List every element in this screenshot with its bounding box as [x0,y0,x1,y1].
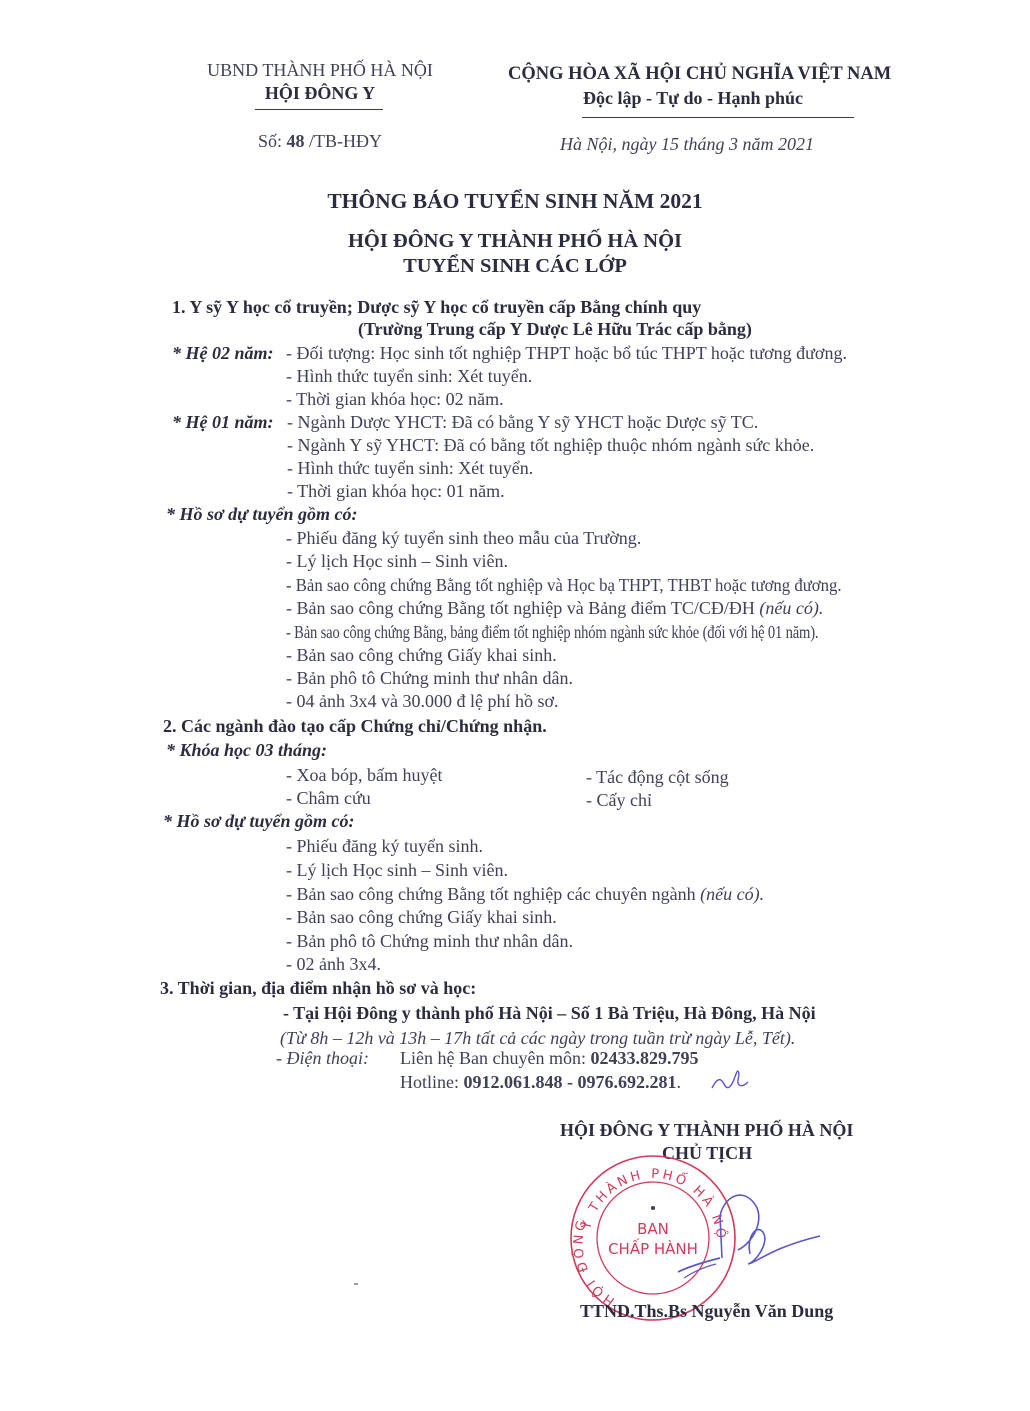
document-item: - Bản sao công chứng Bằng, bảng điểm tốt… [286,622,943,643]
document-item: - Bản sao công chứng Giấy khai sinh. [286,645,557,666]
document-item: - 04 ảnh 3x4 và 30.000 đ lệ phí hồ sơ. [286,691,559,712]
document-item: - Lý lịch Học sinh – Sinh viên. [286,551,508,572]
document-title: THÔNG BÁO TUYỂN SINH NĂM 2021 [0,189,1030,214]
document-item: - Bản sao công chứng Bằng tốt nghiệp và … [286,598,823,619]
date-place: Hà Nội, ngày [560,134,661,154]
document-item: - Phiếu đăng ký tuyển sinh theo mẫu của … [286,528,641,549]
date-year-label: năm [738,134,778,154]
document-item: - Lý lịch Học sinh – Sinh viên. [286,860,508,881]
country-name: CỘNG HÒA XÃ HỘI CHỦ NGHĨA VIỆT NAM [508,64,891,85]
document-item: - Bản phô tô Chứng minh thư nhân dân. [286,668,573,689]
document-item: - Bản phô tô Chứng minh thư nhân dân. [286,931,573,952]
doc-number-label: Số: [258,131,287,151]
date-month: 3 [729,134,738,154]
signature-org: HỘI ĐÔNG Y THÀNH PHỐ HÀ NỘI [560,1120,853,1141]
document-item: - Bản sao công chứng Bằng tốt nghiệp và … [286,575,883,596]
address: - Tại Hội Đông y thành phố Hà Nội – Số 1… [283,1003,816,1024]
issue-date: Hà Nội, ngày 15 tháng 3 năm 2021 [560,134,814,155]
he01-item: - Ngành Dược YHCT: Đã có bằng Y sỹ YHCT … [287,412,758,433]
he01-item: - Ngành Y sỹ YHCT: Đã có bằng tốt nghiệp… [287,435,814,456]
motto-underline [582,117,854,118]
doc-number-value: 48 [287,131,305,151]
course-item: - Cấy chỉ [586,790,652,811]
hotline-line: Hotline: 0912.061.848 - 0976.692.281. [400,1072,681,1093]
contact-number[interactable]: 02433.829.795 [590,1048,698,1068]
he02-label: * Hệ 02 năm: [172,343,274,364]
document-item-text: - Bản sao công chứng Bằng tốt nghiệp các… [286,884,700,904]
document-item-text: - Bản sao công chứng Bằng tốt nghiệp và … [286,598,759,618]
section1-documents-label: * Hồ sơ dự tuyển gồm có: [166,504,357,525]
document-subtitle-org: HỘI ĐÔNG Y THÀNH PHỐ HÀ NỘI [0,230,1030,253]
course-label: * Khóa học 03 tháng: [166,740,327,761]
national-motto: Độc lập - Tự do - Hạnh phúc [583,88,803,109]
section2-heading: 2. Các ngành đào tạo cấp Chứng chỉ/Chứng… [163,716,547,737]
org-name-underline [255,109,383,110]
document-item: - Bản sao công chứng Giấy khai sinh. [286,907,557,928]
hotline-suffix: . [677,1072,682,1092]
document-item-note: (nếu có). [759,598,823,618]
date-day: 15 [661,134,679,154]
course-item: - Xoa bóp, bấm huyệt [286,765,442,786]
course-item: - Tác động cột sống [586,767,729,788]
date-year: 2021 [778,134,814,154]
document-subtitle-classes: TUYỂN SINH CÁC LỚP [0,255,1030,278]
org-name: HỘI ĐÔNG Y [160,83,480,104]
document-item: - Bản sao công chứng Bằng tốt nghiệp các… [286,884,764,905]
he02-item: - Thời gian khóa học: 02 năm. [286,389,504,410]
course-item: - Châm cứu [286,788,371,809]
hotline-numbers[interactable]: 0912.061.848 - 0976.692.281 [464,1072,677,1092]
he01-item: - Hình thức tuyển sinh: Xét tuyển. [287,458,533,479]
org-parent: UBND THÀNH PHỐ HÀ NỘI [160,60,480,81]
section1-heading: 1. Y sỹ Y học cổ truyền; Dược sỹ Y học c… [172,297,701,318]
phone-label: - Điện thoại: [276,1048,369,1069]
document-item-text: - Bản sao công chứng Bằng, bảng điểm tốt… [286,622,818,643]
handwritten-signature-icon [660,1180,840,1290]
contact-line: Liên hệ Ban chuyên môn: 02433.829.795 [400,1048,698,1069]
hotline-label: Hotline: [400,1072,464,1092]
office-hours: (Từ 8h – 12h và 13h – 17h tất cả các ngà… [280,1028,795,1049]
document-item-text: - Bản sao công chứng Bằng tốt nghiệp và … [286,575,842,596]
document-item-note: (nếu có). [700,884,764,904]
scan-speck [354,1283,358,1285]
section3-heading: 3. Thời gian, địa điểm nhận hồ sơ và học… [160,978,476,999]
section1-subheading: (Trường Trung cấp Y Dược Lê Hữu Trác cấp… [358,319,752,340]
section2-documents-label: * Hồ sơ dự tuyển gồm có: [163,811,354,832]
he02-item: - Đối tượng: Học sinh tốt nghiệp THPT ho… [286,343,847,364]
he01-item: - Thời gian khóa học: 01 năm. [287,481,505,502]
doc-number-suffix: /TB-HĐY [305,131,383,151]
signer-name: TTND.Ths.Bs Nguyễn Văn Dung [580,1301,833,1322]
date-mid: tháng [679,134,729,154]
he01-label: * Hệ 01 năm: [172,412,274,433]
document-item: - Phiếu đăng ký tuyển sinh. [286,836,483,857]
initial-mark-icon [710,1066,760,1096]
document-item: - 02 ảnh 3x4. [286,954,381,975]
doc-number: Số: 48 /TB-HĐY [160,131,480,152]
contact-label: Liên hệ Ban chuyên môn: [400,1048,590,1068]
he02-item: - Hình thức tuyển sinh: Xét tuyển. [286,366,532,387]
